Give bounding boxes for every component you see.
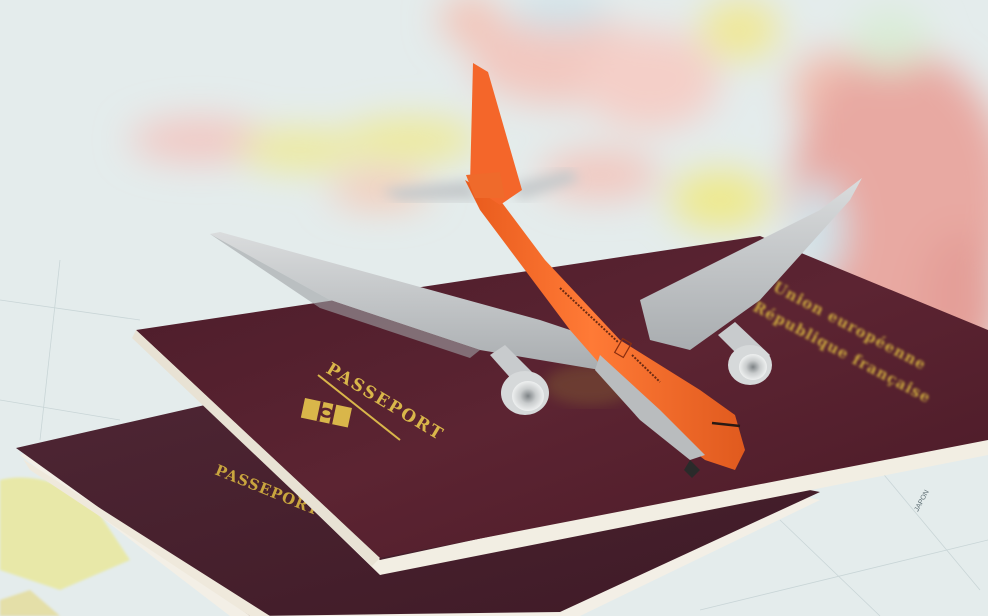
photo-canvas: PASSEPORT PASSEPORT Union européenne Rép…	[0, 0, 988, 616]
photo-scene: PASSEPORT PASSEPORT Union européenne Rép…	[0, 0, 988, 616]
